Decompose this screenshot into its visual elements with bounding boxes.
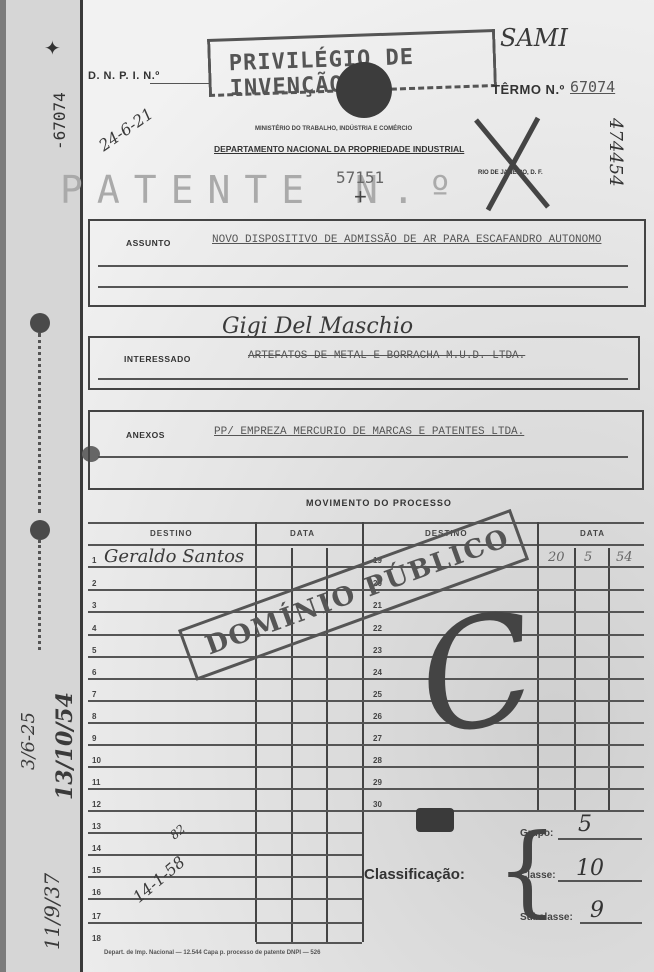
termo-label: TÊRMO N.º [492,82,565,97]
margin-note-3: 11/9/37 [40,873,64,950]
grupo-label: Grupo: [520,828,553,839]
handwritten-sami: SAMI [500,24,568,52]
row-number: 29 [373,778,382,787]
row-number: 2 [92,579,96,588]
subclasse-label: Subclasse: [520,912,573,923]
row-line [88,722,362,724]
patente-stamp: PATENTE N.º [60,168,466,212]
row-number: 30 [373,800,382,809]
margin-note-2: 13/10/54 [52,692,78,800]
movimento-title: MOVIMENTO DO PROCESSO [306,498,452,508]
row-line [362,766,644,768]
departamento-text: DEPARTAMENTO NACIONAL DA PROPRIEDADE IND… [214,144,464,154]
dnpi-label: D. N. P. I. N.º [88,70,160,82]
classificacao-label: Classificação: [364,866,465,883]
row-line [88,700,362,702]
row-number: 11 [92,778,100,787]
anexos-line [98,456,628,458]
row-line [88,810,362,812]
col-divider [574,548,576,812]
spine-edge [0,0,6,972]
row19-data-day: 20 [548,550,565,565]
header-destino-left: DESTINO [150,529,193,538]
row-line [88,788,362,790]
anexos-value: PP/ EMPREZA MERCURIO DE MARCAS E PATENTE… [214,426,524,438]
side-number-left: -67074 [50,92,69,150]
star-mark-icon: ✦ [44,36,61,61]
binding-margin: ✦ [0,0,83,972]
row-number: 3 [92,601,96,610]
row-number: 1 [92,556,96,565]
anexos-box [88,410,644,490]
patente-mark: + [354,184,367,210]
row-line [88,744,362,746]
footer-imprint: Depart. de Imp. Nacional — 12.544 Capa p… [104,950,320,956]
row-number: 13 [92,822,101,831]
row-number: 5 [92,646,96,655]
header-data-left: DATA [290,529,315,538]
row-number: 14 [92,844,101,853]
row-number: 17 [92,912,101,921]
punch-hole-icon [30,313,50,333]
row-number: 24 [373,668,382,677]
row-number: 9 [92,734,96,743]
margin-note-1: 3/6-25 [18,712,39,770]
row-line [88,766,362,768]
row-line [88,832,362,834]
handwritten-date: 24-6-21 [95,104,156,155]
row-number: 12 [92,800,101,809]
coat-of-arms-seal-icon [336,62,392,118]
row1-destino: Geraldo Santos [104,546,244,567]
patent-process-cover: ✦ -67074 3/6-25 13/10/54 11/9/37 D. N. P… [0,0,654,972]
classe-label: Classe: [520,870,556,881]
row-number: 4 [92,624,96,633]
row-number: 7 [92,690,96,699]
assunto-label: ASSUNTO [126,238,171,248]
table-top-line [88,522,644,524]
grupo-value: 5 [578,812,592,837]
cross-mark-icon [468,112,558,212]
interessado-value: ARTEFATOS DE METAL E BORRACHA M.U.D. LTD… [248,350,525,362]
row-number: 6 [92,668,96,677]
ink-blot-icon [416,808,454,832]
row-line [256,942,362,944]
assunto-line [98,286,628,288]
row19-data-month: 5 [584,550,592,565]
col-divider [608,548,610,812]
assunto-line [98,265,628,267]
row-number: 28 [373,756,382,765]
subclasse-value: 9 [590,898,604,923]
row-line [362,810,644,812]
row-number: 15 [92,866,101,875]
row-number: 25 [373,690,382,699]
ministerio-text: MINISTÉRIO DO TRABALHO, INDÚSTRIA E COMÉ… [255,126,412,132]
handwritten-c: C [408,591,547,759]
row-number: 10 [92,756,101,765]
classe-value: 10 [576,856,604,881]
perforation-line [38,540,44,650]
handwritten-note-row13: 82 [167,822,188,843]
row-number: 22 [373,624,382,633]
perforation-line [38,333,44,513]
row-line [88,898,362,900]
anexos-label: ANEXOS [126,430,165,440]
row-number: 18 [92,934,101,943]
punch-hole-icon [30,520,50,540]
termo-number: 67074 [570,78,615,96]
row-line [362,788,644,790]
assunto-value: NOVO DISPOSITIVO DE ADMISSÃO DE AR PARA … [212,234,601,246]
row-number: 23 [373,646,382,655]
interessado-line [98,378,628,380]
row-line [88,678,362,680]
row-line [88,922,362,924]
assunto-box [88,219,646,307]
row-number: 27 [373,734,382,743]
row-number: 16 [92,888,101,897]
header-data-right: DATA [580,529,605,538]
row-number: 8 [92,712,96,721]
grupo-line [558,838,642,840]
col-divider [255,522,257,942]
interessado-label: INTERESSADO [124,354,191,364]
dnpi-line [150,83,210,84]
side-number-right: 474454 [605,118,626,187]
row-line [88,876,362,878]
row-number: 26 [373,712,382,721]
row-line [88,854,362,856]
row19-data-year: 54 [616,550,633,565]
